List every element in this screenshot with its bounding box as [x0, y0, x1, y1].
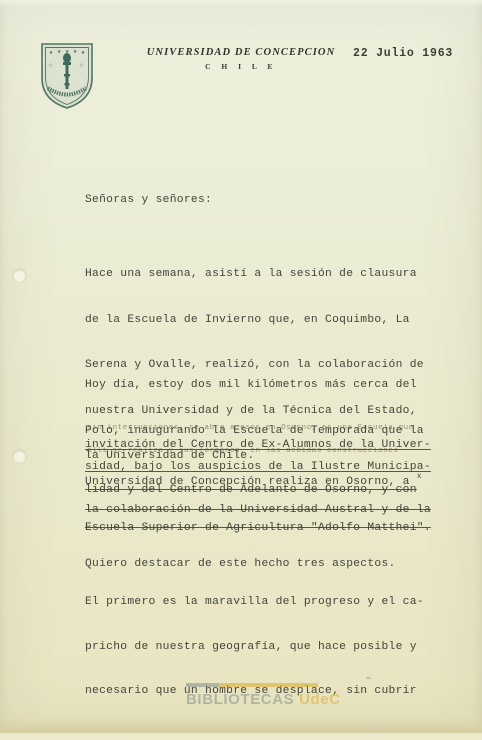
- paragraph-4-line: pricho de nuestra geografía, que hace po…: [85, 637, 424, 658]
- interline-correction-2: allí se realiza y sus (órganos, en las d…: [87, 447, 399, 456]
- watermark-bar: [186, 683, 318, 687]
- watermark-bar-yellow: [219, 683, 318, 687]
- watermark-bar-gray: [186, 683, 219, 687]
- punch-hole-bottom: [13, 450, 26, 463]
- salutation-line: Señoras y señores:: [85, 190, 212, 212]
- paragraph-1-line: Hace una semana, asistí a la sesión de c…: [85, 264, 424, 286]
- interline-correction-1: sin interrupciones, se abre a esos en Os…: [87, 424, 414, 433]
- paragraph-4-line: El primero es la maravilla del progreso …: [85, 592, 424, 613]
- paragraph-1-line: de la Escuela de Invierno que, en Coquim…: [85, 310, 424, 332]
- letter-date: 22 Julio 1963: [353, 47, 453, 60]
- watermark-suffix: UdeC: [299, 691, 341, 708]
- punch-hole-top: [13, 269, 26, 282]
- library-watermark: BIBLIOTECAS UdeC: [186, 683, 341, 708]
- paper-top-edge: [0, 0, 482, 7]
- watermark-label: BIBLIOTECAS: [186, 691, 294, 708]
- scanned-letter-page: ★ ★ ★ ★ ★ ☆ ☆ UNIVERSIDAD DE CONCEPCION …: [0, 0, 482, 740]
- paragraph-2-line: Hoy día, estoy dos mil kilómetros más ce…: [85, 375, 424, 397]
- watermark-text: BIBLIOTECAS UdeC: [186, 691, 341, 708]
- letterhead-country: C H I L E: [0, 62, 482, 71]
- paper-bottom-edge: [0, 718, 482, 740]
- salutation: Señoras y señores:: [85, 166, 212, 236]
